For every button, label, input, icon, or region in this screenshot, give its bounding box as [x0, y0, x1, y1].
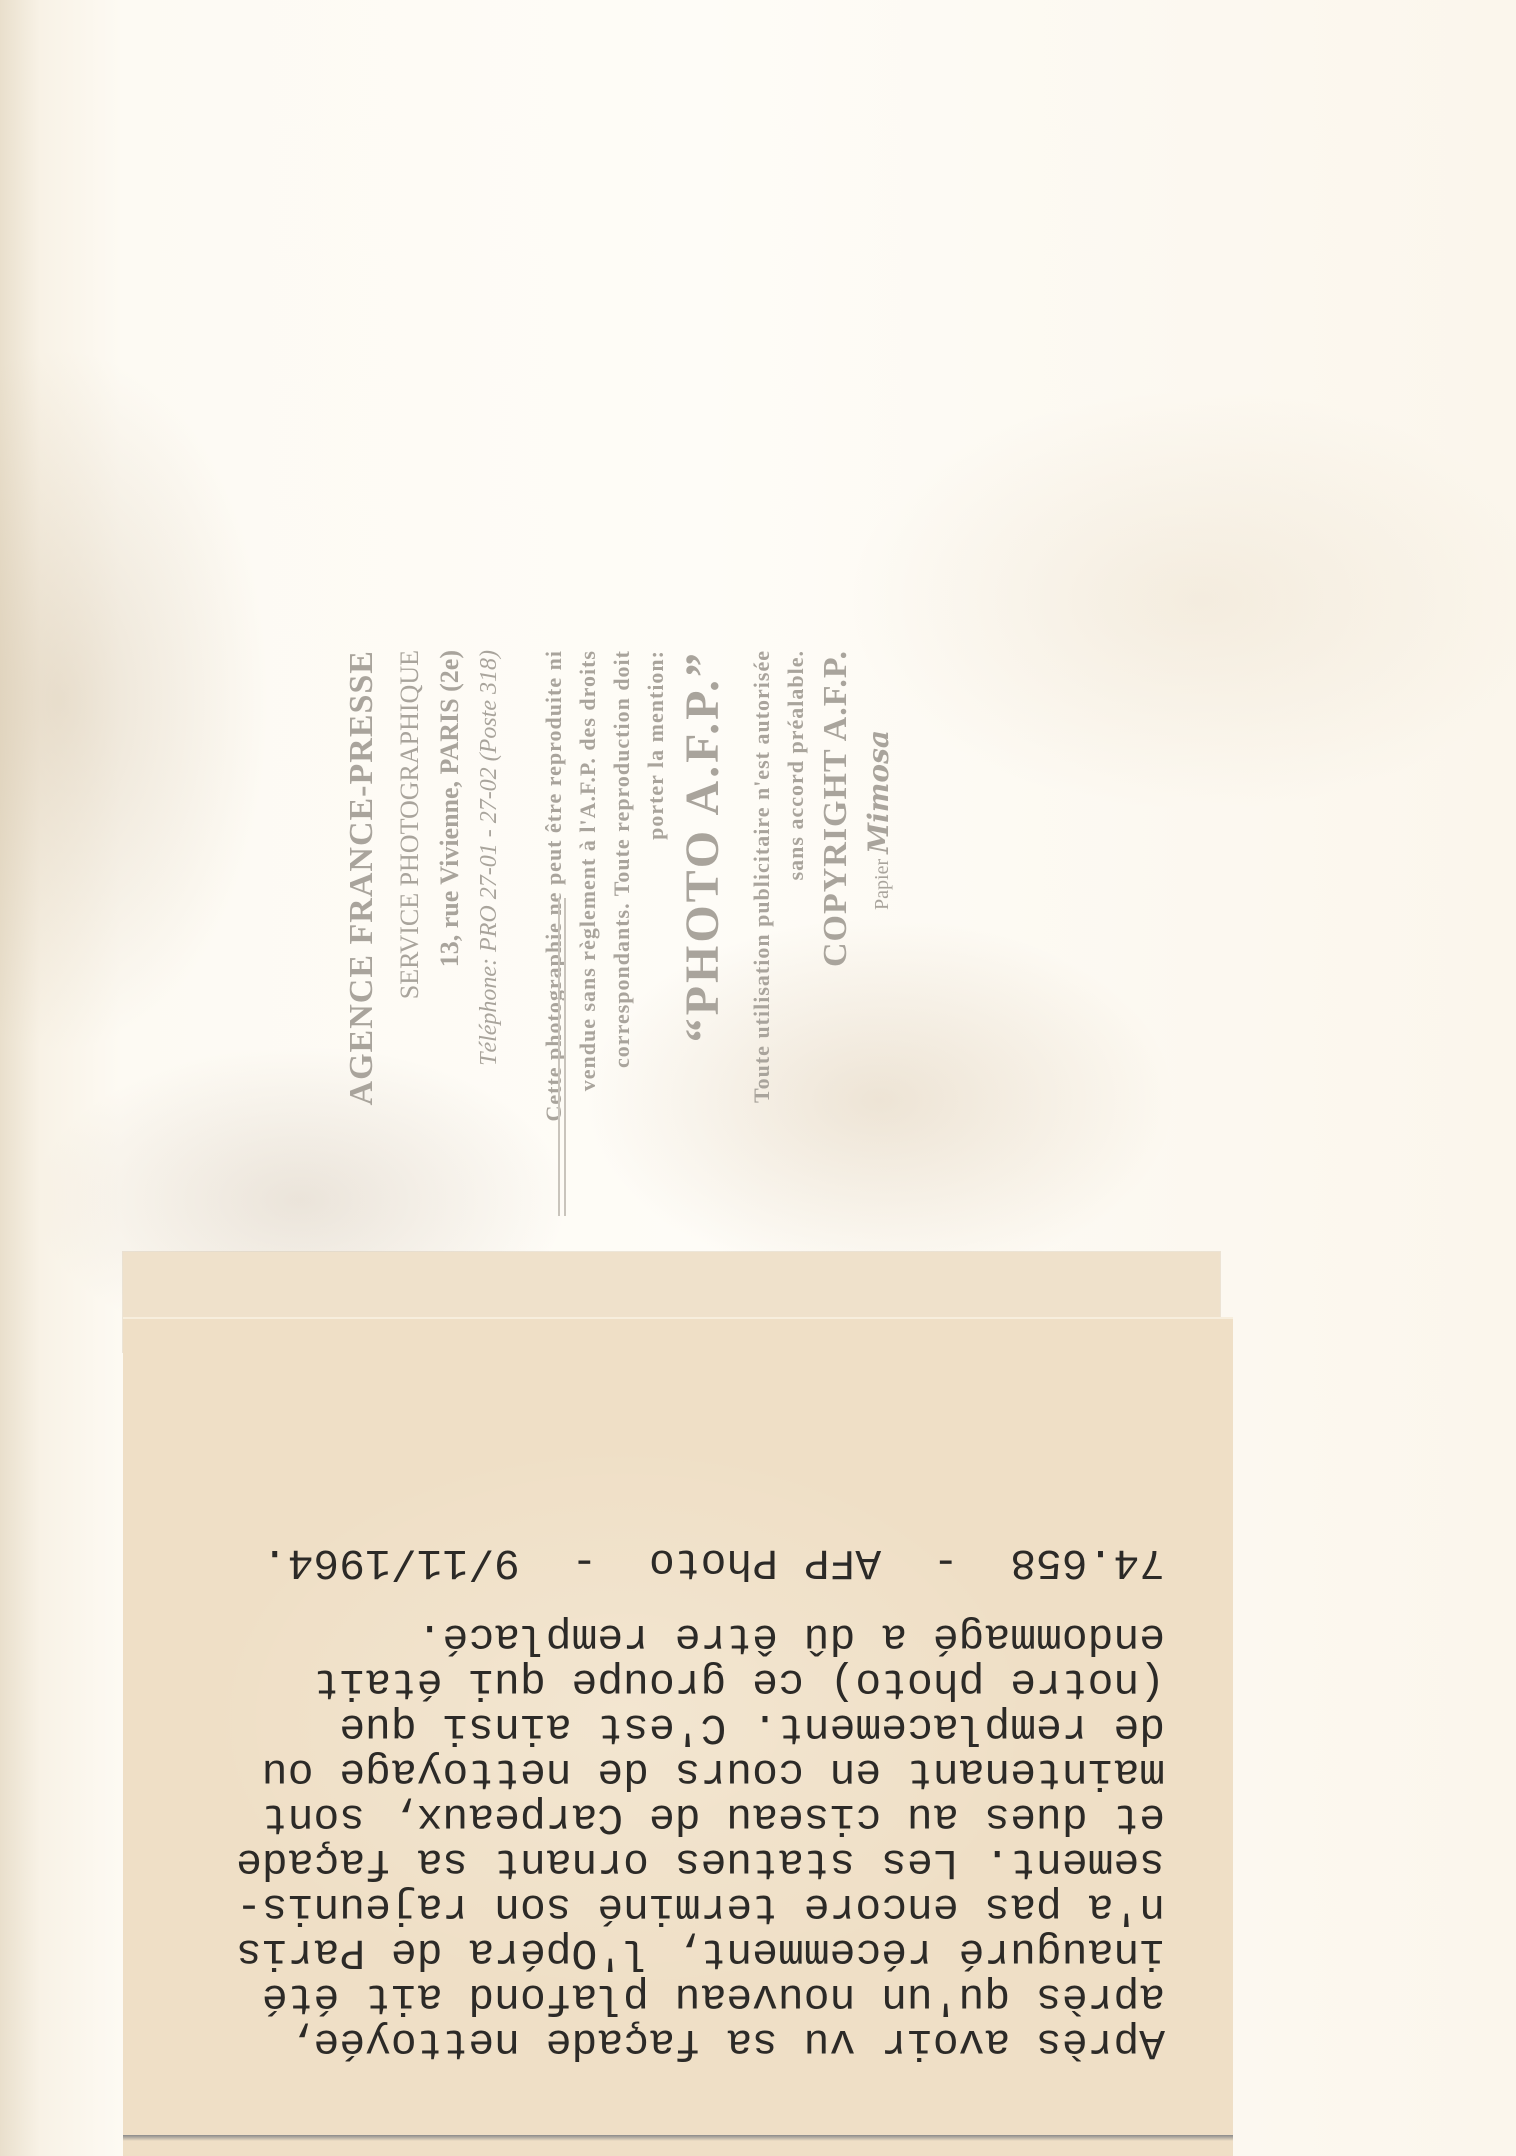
label-edge-shadow	[123, 2135, 1233, 2141]
caption-line: Après avoir vu sa façade nettoyée,	[288, 2018, 1165, 2067]
caption-line: inauguré récemment, l'Opéra de Paris	[236, 1928, 1165, 1977]
stamp-agency: AGENCE FRANCE-PRESSE	[345, 650, 397, 1270]
caption-line: endommagé a dû être remplacé.	[417, 1613, 1165, 1662]
stamp-copyright: COPYRIGHT A.F.P.	[819, 650, 865, 1270]
stamp-notice-line: correspondants. Toute reproduction doit	[611, 650, 645, 1270]
caption-line: après qu'un nouveau plafond ait été	[262, 1973, 1165, 2022]
stamp-notice-line: porter la mention:	[645, 650, 679, 1270]
afp-stamp: AGENCE FRANCE-PRESSE SERVICE PHOTOGRAPHI…	[345, 650, 985, 1270]
stamp-notice-line: vendue sans règlement à l'A.F.P. des dro…	[577, 650, 611, 1270]
typed-caption: Après avoir vu sa façade nettoyée, après…	[175, 1540, 1165, 2065]
caption-reference: 74.658 - AFP Photo - 9/11/1964.	[175, 1540, 1165, 1585]
caption-line: maintenant en cours de nettoyage ou	[262, 1748, 1165, 1797]
stamp-paper: Papier Mimosa	[865, 650, 895, 1270]
caption-line: n'a pas encore terminé son rajeunis-	[236, 1883, 1165, 1932]
caption-line: et dues au ciseau de Carpeaux, sont	[262, 1793, 1165, 1842]
stamp-divider-rule	[558, 898, 566, 1216]
stamp-credit: “PHOTO A.F.P.”	[679, 650, 751, 1270]
caption-line: sement. Les statues ornant sa façade	[236, 1838, 1165, 1887]
stamp-address: 13, rue Vivienne, PARIS (2e)	[437, 650, 477, 1270]
stamp-usage-line: sans accord préalable.	[785, 650, 819, 1270]
stamp-paper-brand: Mimosa	[862, 730, 895, 854]
caption-line: de remplacement. C'est ainsi que	[339, 1703, 1165, 1752]
stamp-usage-line: Toute utilisation publicitaire n'est aut…	[751, 650, 785, 1270]
afp-stamp-text: AGENCE FRANCE-PRESSE SERVICE PHOTOGRAPHI…	[345, 650, 895, 1270]
stamp-paper-prefix: Papier	[871, 859, 893, 910]
caption-line: (notre photo) ce groupe qui était	[313, 1658, 1165, 1707]
stamp-service: SERVICE PHOTOGRAPHIQUE	[397, 650, 437, 1270]
stamp-phone: Téléphone: PRO 27-01 - 27-02 (Poste 318)	[477, 650, 543, 1270]
